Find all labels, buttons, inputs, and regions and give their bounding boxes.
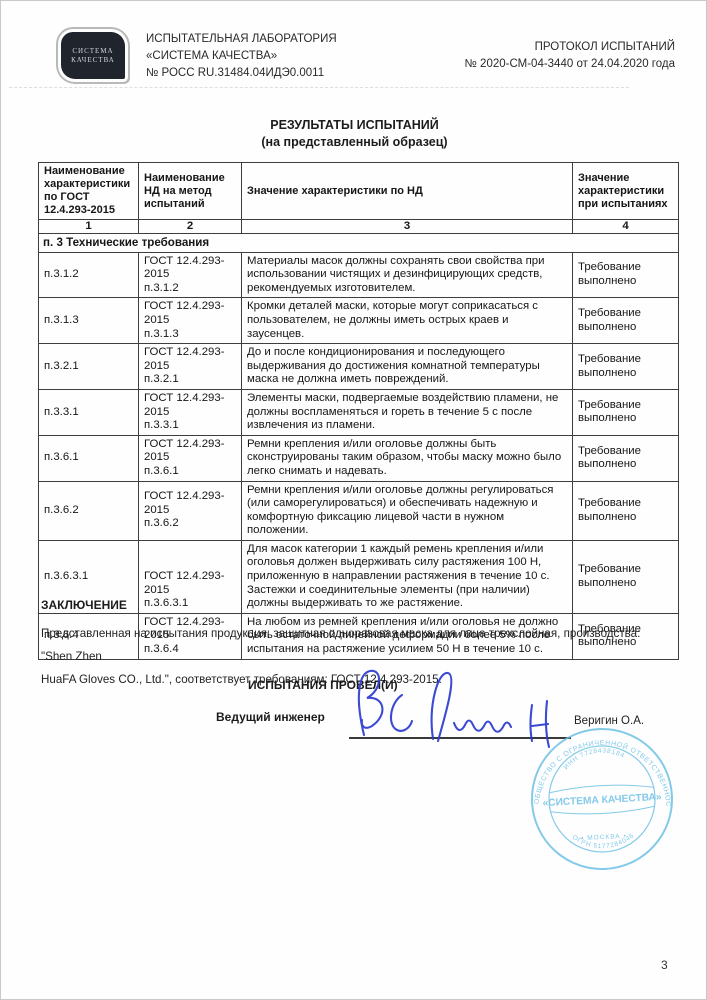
column-number-3: 3 [242,220,573,234]
lab-name-line2: «СИСТЕМА КАЧЕСТВА» [146,48,337,65]
stamp-center-text: «СИСТЕМА КАЧЕСТВА» [542,792,662,809]
document-page: СИСТЕМА КАЧЕСТВА ИСПЫТАТЕЛЬНАЯ ЛАБОРАТОР… [0,0,707,1000]
page-number: 3 [661,958,668,972]
protocol-info: ПРОТОКОЛ ИСПЫТАНИЙ № 2020-СМ-04-3440 от … [465,39,675,73]
lab-logo-text-line1: СИСТЕМА [72,47,113,55]
table-row: п.3.3.1ГОСТ 12.4.293-2015 п.3.3.1Элемент… [39,389,679,435]
header-method-doc: Наименование НД на метод испытаний [139,163,242,220]
table-cell-c2: ГОСТ 12.4.293-2015 п.3.6.2 [139,481,242,540]
section-row: п. 3 Технические требования [39,234,679,253]
table-cell-c3: Кромки деталей маски, которые могут сопр… [242,298,573,344]
table-cell-c1: п.3.1.2 [39,252,139,298]
table-cell-c4: Требование выполнено [573,252,679,298]
conclusion-heading: ЗАКЛЮЧЕНИЕ [41,598,127,612]
column-number-1: 1 [39,220,139,234]
header-value-nd: Значение характеристики по НД [242,163,573,220]
table-cell-c2: ГОСТ 12.4.293-2015 п.3.3.1 [139,389,242,435]
table-header-row: Наименование характеристики по ГОСТ 12.4… [39,163,679,220]
tests-performed-heading: ИСПЫТАНИЯ ПРОВЕЛ(И) [248,678,398,692]
table-row: п.3.6.1ГОСТ 12.4.293-2015 п.3.6.1Ремни к… [39,435,679,481]
table-cell-c4: Требование выполнено [573,540,679,613]
table-cell-c1: п.3.6.2 [39,481,139,540]
table-cell-c3: Материалы масок должны сохранять свои св… [242,252,573,298]
lab-logo-text-line2: КАЧЕСТВА [71,56,115,64]
table-cell-c3: Ремни крепления и/или оголовье должны бы… [242,435,573,481]
lab-name-line1: ИСПЫТАТЕЛЬНАЯ ЛАБОРАТОРИЯ [146,31,337,48]
header-characteristic: Наименование характеристики по ГОСТ 12.4… [39,163,139,220]
table-cell-c1: п.3.1.3 [39,298,139,344]
header-divider [9,87,629,88]
table-cell-c2: ГОСТ 12.4.293-2015 п.3.6.3.1 [139,540,242,613]
table-row: п.3.6.3.1ГОСТ 12.4.293-2015 п.3.6.3.1Для… [39,540,679,613]
lab-accreditation-number: № РОСС RU.31484.04ИДЭ0.0011 [146,65,337,82]
header-value-test: Значение характеристики при испытаниях [573,163,679,220]
table-cell-c4: Требование выполнено [573,344,679,390]
table-row: п.3.2.1ГОСТ 12.4.293-2015 п.3.2.1До и по… [39,344,679,390]
results-title-line1: РЕЗУЛЬТАТЫ ИСПЫТАНИЙ [1,117,707,134]
section-title: п. 3 Технические требования [39,234,679,253]
results-title: РЕЗУЛЬТАТЫ ИСПЫТАНИЙ (на представленный … [1,117,707,151]
table-cell-c1: п.3.3.1 [39,389,139,435]
protocol-title: ПРОТОКОЛ ИСПЫТАНИЙ [465,39,675,56]
table-cell-c1: п.3.6.1 [39,435,139,481]
lab-info: ИСПЫТАТЕЛЬНАЯ ЛАБОРАТОРИЯ «СИСТЕМА КАЧЕС… [146,31,337,82]
quality-system-stamp: ОБЩЕСТВО С ОГРАНИЧЕННОЙ ОТВЕТСТВЕННОСТЬЮ… [522,719,682,879]
table-cell-c2: ГОСТ 12.4.293-2015 п.3.6.1 [139,435,242,481]
table-cell-c4: Требование выполнено [573,481,679,540]
table-cell-c4: Требование выполнено [573,298,679,344]
table-cell-c2: ГОСТ 12.4.293-2015 п.3.1.3 [139,298,242,344]
lab-logo: СИСТЕМА КАЧЕСТВА [61,32,125,79]
table-row: п.3.1.2ГОСТ 12.4.293-2015 п.3.1.2Материа… [39,252,679,298]
table-cell-c2: ГОСТ 12.4.293-2015 п.3.1.2 [139,252,242,298]
results-table-body: п.3.1.2ГОСТ 12.4.293-2015 п.3.1.2Материа… [39,252,679,659]
table-cell-c3: Для масок категории 1 каждый ремень креп… [242,540,573,613]
table-cell-c3: Элементы маски, подвергаемые воздействию… [242,389,573,435]
table-cell-c4: Требование выполнено [573,435,679,481]
table-cell-c2: ГОСТ 12.4.293-2015 п.3.2.1 [139,344,242,390]
column-number-2: 2 [139,220,242,234]
table-cell-c3: Ремни крепления и/или оголовье должны ре… [242,481,573,540]
table-cell-c3: До и после кондиционирования и последующ… [242,344,573,390]
column-numbers-row: 1 2 3 4 [39,220,679,234]
table-cell-c4: Требование выполнено [573,389,679,435]
table-cell-c1: п.3.2.1 [39,344,139,390]
results-table: Наименование характеристики по ГОСТ 12.4… [38,162,679,660]
results-title-line2: (на представленный образец) [1,134,707,151]
protocol-number-date: № 2020-СМ-04-3440 от 24.04.2020 года [465,56,675,73]
table-row: п.3.6.2ГОСТ 12.4.293-2015 п.3.6.2Ремни к… [39,481,679,540]
signer-role: Ведущий инженер [216,710,325,724]
table-row: п.3.1.3ГОСТ 12.4.293-2015 п.3.1.3Кромки … [39,298,679,344]
column-number-4: 4 [573,220,679,234]
